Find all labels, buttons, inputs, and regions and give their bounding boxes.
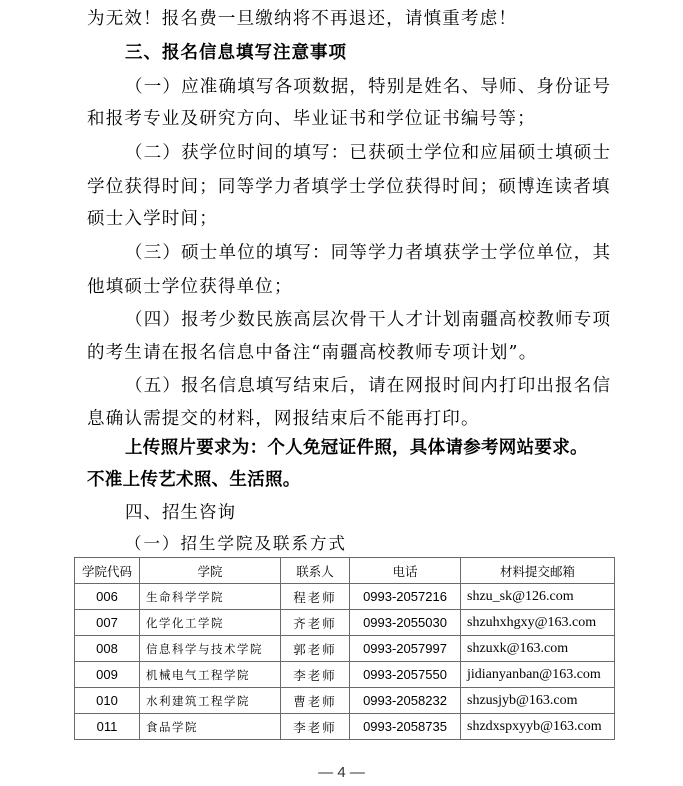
contact-person: 曹老师 xyxy=(281,688,350,714)
college-code: 006 xyxy=(75,584,140,610)
item-1-line-2: 和报考专业及研究方向、毕业证书和学位证书编号等； xyxy=(87,108,536,130)
email-address: shzu_sk@126.com xyxy=(461,584,615,610)
contact-person: 李老师 xyxy=(281,662,350,688)
header-email: 材料提交邮箱 xyxy=(461,558,615,584)
subsection-1-title: （一）招生学院及联系方式 xyxy=(125,533,347,555)
phone-number: 0993-2057997 xyxy=(350,636,461,662)
college-code: 010 xyxy=(75,688,140,714)
phone-number: 0993-2057550 xyxy=(350,662,461,688)
header-contact: 联系人 xyxy=(281,558,350,584)
table-header-row: 学院代码 学院 联系人 电话 材料提交邮箱 xyxy=(75,558,615,584)
header-college: 学院 xyxy=(140,558,281,584)
college-name: 生命科学学院 xyxy=(140,584,281,610)
college-code: 009 xyxy=(75,662,140,688)
section-4-title: 四、招生咨询 xyxy=(125,502,236,524)
college-code: 007 xyxy=(75,610,140,636)
item-1-line-1: （一）应准确填写各项数据，特别是姓名、导师、身份证号 xyxy=(125,76,611,98)
item-5-line-2: 息确认需提交的材料，网报结束后不能再打印。 xyxy=(87,408,480,430)
paragraph-fee-warning: 为无效！报名费一旦缴纳将不再退还，请慎重考虑！ xyxy=(87,8,517,30)
photo-requirement-line-1: 上传照片要求为：个人免冠证件照，具体请参考网站要求。 xyxy=(125,437,588,459)
email-address: shzdxspxyyb@163.com xyxy=(461,714,615,740)
contact-person: 程老师 xyxy=(281,584,350,610)
phone-number: 0993-2058232 xyxy=(350,688,461,714)
section-3-title: 三、报名信息填写注意事项 xyxy=(125,42,347,64)
college-name: 化学化工学院 xyxy=(140,610,281,636)
college-name: 信息科学与技术学院 xyxy=(140,636,281,662)
table-row: 006 生命科学学院 程老师 0993-2057216 shzu_sk@126.… xyxy=(75,584,615,610)
item-4-line-1: （四）报考少数民族高层次骨干人才计划南疆高校教师专项 xyxy=(125,309,611,331)
college-name: 机械电气工程学院 xyxy=(140,662,281,688)
email-address: shzuxk@163.com xyxy=(461,636,615,662)
table-row: 010 水利建筑工程学院 曹老师 0993-2058232 shzusjyb@1… xyxy=(75,688,615,714)
college-name: 水利建筑工程学院 xyxy=(140,688,281,714)
header-college-code: 学院代码 xyxy=(75,558,140,584)
college-name: 食品学院 xyxy=(140,714,281,740)
item-2-line-2: 学位获得时间；同等学力者填学士学位获得时间；硕博连读者填 xyxy=(87,176,611,198)
email-address: jidianyanban@163.com xyxy=(461,662,615,688)
table-row: 009 机械电气工程学院 李老师 0993-2057550 jidianyanb… xyxy=(75,662,615,688)
contact-person: 郭老师 xyxy=(281,636,350,662)
page-number: — 4 — xyxy=(0,764,683,781)
email-address: shzusjyb@163.com xyxy=(461,688,615,714)
email-address: shzuhxhgxy@163.com xyxy=(461,610,615,636)
contact-person: 齐老师 xyxy=(281,610,350,636)
contact-person: 李老师 xyxy=(281,714,350,740)
table-row: 008 信息科学与技术学院 郭老师 0993-2057997 shzuxk@16… xyxy=(75,636,615,662)
phone-number: 0993-2055030 xyxy=(350,610,461,636)
item-2-line-3: 硕士入学时间； xyxy=(87,208,218,230)
college-contact-table: 学院代码 学院 联系人 电话 材料提交邮箱 006 生命科学学院 程老师 099… xyxy=(74,557,615,740)
item-3-line-1: （三）硕士单位的填写：同等学力者填获学士学位单位，其 xyxy=(125,242,611,264)
photo-requirement-line-2: 不准上传艺术照、生活照。 xyxy=(87,469,301,491)
table-row: 011 食品学院 李老师 0993-2058735 shzdxspxyyb@16… xyxy=(75,714,615,740)
college-code: 011 xyxy=(75,714,140,740)
item-5-line-1: （五）报名信息填写结束后，请在网报时间内打印出报名信 xyxy=(125,375,611,397)
phone-number: 0993-2057216 xyxy=(350,584,461,610)
header-phone: 电话 xyxy=(350,558,461,584)
college-code: 008 xyxy=(75,636,140,662)
phone-number: 0993-2058735 xyxy=(350,714,461,740)
item-4-line-2: 的考生请在报名信息中备注“南疆高校教师专项计划”。 xyxy=(87,342,537,364)
item-3-line-2: 他填硕士学位获得单位； xyxy=(87,276,293,298)
item-2-line-1: （二）获学位时间的填写：已获硕士学位和应届硕士填硕士 xyxy=(125,142,611,164)
table-row: 007 化学化工学院 齐老师 0993-2055030 shzuhxhgxy@1… xyxy=(75,610,615,636)
